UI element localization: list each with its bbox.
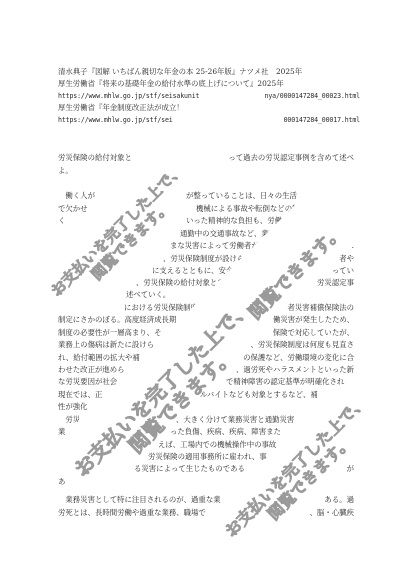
body-line: に支えるとともに、安全な職場 ってい bbox=[58, 265, 354, 277]
body-line: 、労災保険の給付対象となる災害 労災認定事 bbox=[58, 277, 354, 289]
body-text-mid: えば、工場内での機械操作中の事故 bbox=[158, 439, 276, 451]
reference-url-line: https://www.mhlw.go.jp/stf/sei 000147284… bbox=[58, 114, 354, 126]
body-text-left: あ bbox=[58, 476, 65, 488]
body-text-left: で欠かせ bbox=[58, 203, 88, 215]
body-text-left: わせた改正が進めら bbox=[58, 364, 125, 376]
body-text-right: ある。過 bbox=[324, 494, 354, 506]
body-line: 業務災害として特に注目されるのが、過重な業 ある。過 bbox=[58, 494, 354, 506]
body-text-right: . bbox=[352, 240, 354, 252]
body-text-right: 、脳・心臓疾 bbox=[310, 507, 354, 519]
reference-url-left[interactable]: https://www.mhlw.go.jp/stf/seisakunit bbox=[58, 90, 199, 102]
body-text-left: 業 bbox=[58, 426, 65, 438]
body-text-right: 、大きく分けて業務災害と通勤災害 bbox=[176, 414, 294, 426]
body-text-left: 制度の必要性が一層高まり、そ bbox=[58, 327, 161, 339]
reference-url-left[interactable]: https://www.mhlw.go.jp/stf/sei bbox=[58, 114, 173, 126]
body-text-right: ってい bbox=[332, 265, 354, 277]
reference-url-right[interactable]: nya/0000147284_00023.html bbox=[265, 90, 361, 102]
body-text-right: 者や bbox=[339, 253, 354, 265]
body-text-left: 性が強化 bbox=[58, 401, 88, 413]
body-text-right: 働災害が発生したため、 bbox=[273, 314, 354, 326]
body-text-right: って過去の労災認定事例を含めて述べ bbox=[228, 152, 354, 164]
body-text-left: 現在では、正 bbox=[58, 389, 102, 401]
reference-line: 清水典子『図解 いちばん親切な年金の本 25-26年版』ナツメ社 2025年 bbox=[58, 66, 354, 78]
body-text-mid: る災害によって生じたものである bbox=[134, 463, 245, 475]
body-line: わせた改正が進めら 、過労死やハラスメントといった新 bbox=[58, 364, 354, 376]
body-text-left: 業務上の傷病は新たに設けら bbox=[58, 339, 154, 351]
document-page: 清水典子『図解 いちばん親切な年金の本 25-26年版』ナツメ社 2025年 厚… bbox=[0, 0, 410, 580]
body-line: る災害によって生じたものである が bbox=[58, 463, 354, 475]
body-text-left: く bbox=[58, 215, 65, 227]
body-text-left: 労災保険の給付対象と bbox=[58, 152, 132, 164]
reference-line: 厚生労働省『年金制度改正法が成立！ bbox=[58, 102, 354, 114]
body-text-right: 、過労死やハラスメントといった新 bbox=[236, 364, 354, 376]
body-text-right: った負傷、疾病、疾病、障害また bbox=[170, 426, 281, 438]
reference-text: 厚生労働省『将来の基礎年金の給付水準の底上げについて』2025年 bbox=[58, 78, 284, 90]
body-text-right: の保護など、労働環境の変化に合 bbox=[243, 352, 354, 364]
body-text-right: 者災害補償保険法の bbox=[287, 302, 354, 314]
body-text-right: ルバイトなども対象とするなど、補 bbox=[200, 389, 318, 401]
body-text-left: 働く人が bbox=[58, 190, 95, 202]
body-line: な労災要因が社会 で精神障害の認定基準が明確化され bbox=[58, 376, 354, 388]
reference-text: 厚生労働省『年金制度改正法が成立！ bbox=[58, 102, 184, 114]
body-line: 労死とは、長時間労働や過重な業務、職場で 、脳・心臓疾 bbox=[58, 507, 354, 519]
body-text-left: 業務災害として特に注目されるのが、過重な業 bbox=[58, 494, 221, 506]
body-text-right: 労災認定事 bbox=[317, 277, 354, 289]
body-line: れ、給付範囲の拡大や補 の保護など、労働環境の変化に合 bbox=[58, 352, 354, 364]
body-text-right: が整っていることは、日々の生活 bbox=[186, 190, 297, 202]
reference-url-line: https://www.mhlw.go.jp/stf/seisakunit ny… bbox=[58, 90, 354, 102]
body-text-left: 労死とは、長時間労働や過重な業務、職場で bbox=[58, 507, 206, 519]
body-text-mid: 労災保険の適用事務所に雇われ、事 bbox=[148, 451, 267, 463]
body-text-left: 制定にさかのぼる。高度経済成長期 bbox=[58, 314, 176, 326]
reference-text: 清水典子『図解 いちばん親切な年金の本 25-26年版』ナツメ社 2025年 bbox=[58, 66, 302, 78]
body-text-left: れ、給付範囲の拡大や補 bbox=[58, 352, 140, 364]
body-text-right: 、労災保険制度は何度も見直さ bbox=[251, 339, 354, 351]
body-text-mid: 述べていく。 bbox=[126, 289, 170, 301]
reference-url-right[interactable]: 000147284_00017.html bbox=[284, 114, 360, 126]
body-line: よ。 bbox=[58, 165, 354, 177]
body-text-left: よ。 bbox=[58, 165, 73, 177]
reference-line: 厚生労働省『将来の基礎年金の給付水準の底上げについて』2025年 bbox=[58, 78, 354, 90]
body-line: 労災保険の給付対象と って過去の労災認定事例を含めて述べ bbox=[58, 152, 354, 164]
body-text-right: が bbox=[347, 463, 354, 475]
body-line: あ bbox=[58, 476, 354, 488]
body-text-left: な労災要因が社会 bbox=[58, 376, 117, 388]
body-text-right: 保険で対応していたが、 bbox=[273, 327, 354, 339]
body-text-right: で精神障害の認定基準が明確化され bbox=[226, 376, 344, 388]
